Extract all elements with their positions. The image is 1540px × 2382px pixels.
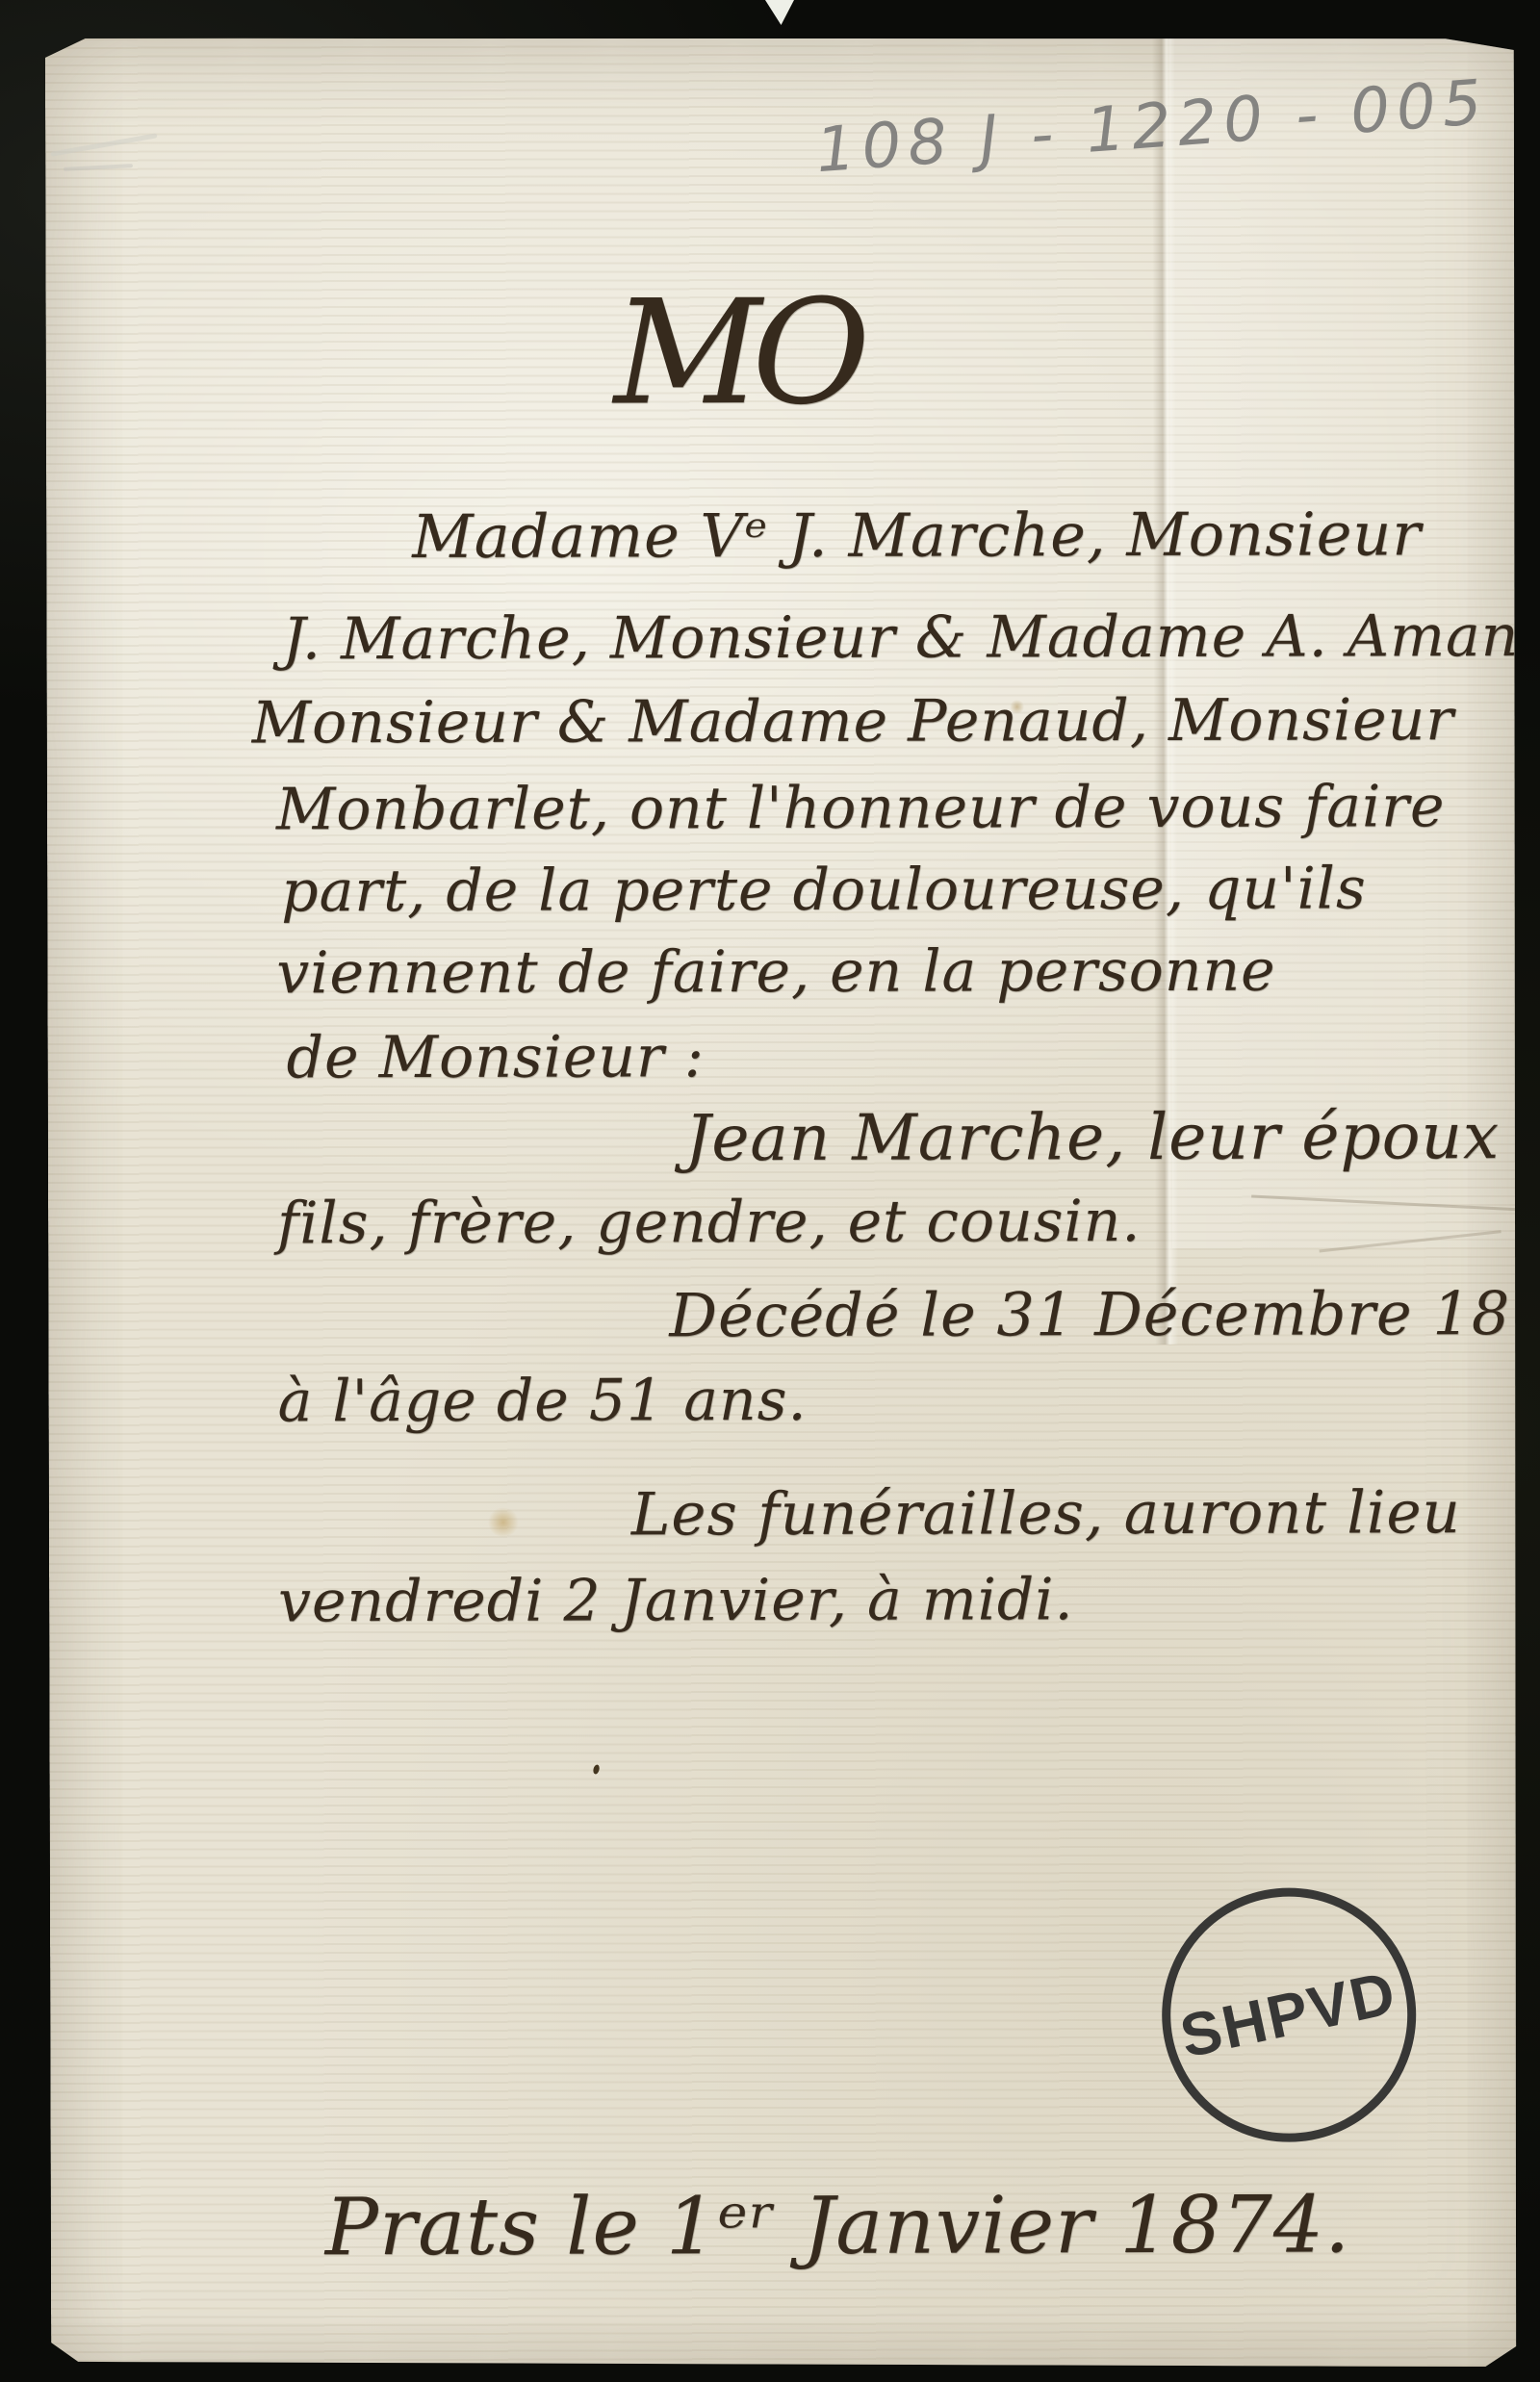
paper: 108 J - 1220 - 005 MO Madame Vᵉ J. March… [45, 35, 1520, 2370]
paper-notch [765, 0, 794, 25]
letter-line: fils, frère, gendre, et cousin. [277, 1188, 1141, 1257]
stain [487, 1508, 520, 1537]
letter-line: part, de la perte douloureuse, qu'ils [281, 855, 1367, 925]
monogram: MO [613, 269, 860, 438]
scan-background: 108 J - 1220 - 005 MO Madame Vᵉ J. March… [0, 0, 1540, 2382]
letter-line: J. Marche, Monsieur & Madame A. Amanieux [282, 602, 1540, 674]
letter-line: Monbarlet, ont l'honneur de vous faire [276, 773, 1446, 843]
letter-line: viennent de faire, en la personne [276, 937, 1275, 1008]
stamp-text: SHPVD [1175, 1959, 1403, 2072]
letter-line-deceased-name: Jean Marche, leur époux [685, 1099, 1500, 1175]
letter-line: de Monsieur : [287, 1023, 705, 1091]
fold-crease-horizontal [1251, 1195, 1517, 1212]
letter-line-age: à l'âge de 51 ans. [277, 1367, 807, 1435]
letter-line: Madame Vᵉ J. Marche, Monsieur [412, 499, 1422, 572]
letter-line-funeral: Les funérailles, auront lieu [631, 1478, 1461, 1549]
circular-stamp: SHPVD [1162, 1887, 1417, 2142]
ink-dot [592, 1764, 600, 1775]
letter-line: Monsieur & Madame Penaud, Monsieur [252, 686, 1454, 756]
letter-line-funeral-date: vendredi 2 Janvier, à midi. [278, 1566, 1074, 1635]
letter-line-death-date: Décédé le 31 Décembre 1873, [669, 1278, 1540, 1351]
fold-crease-horizontal [1319, 1230, 1501, 1252]
dateline: Prats le 1ᵉʳ Janvier 1874. [325, 2179, 1351, 2273]
